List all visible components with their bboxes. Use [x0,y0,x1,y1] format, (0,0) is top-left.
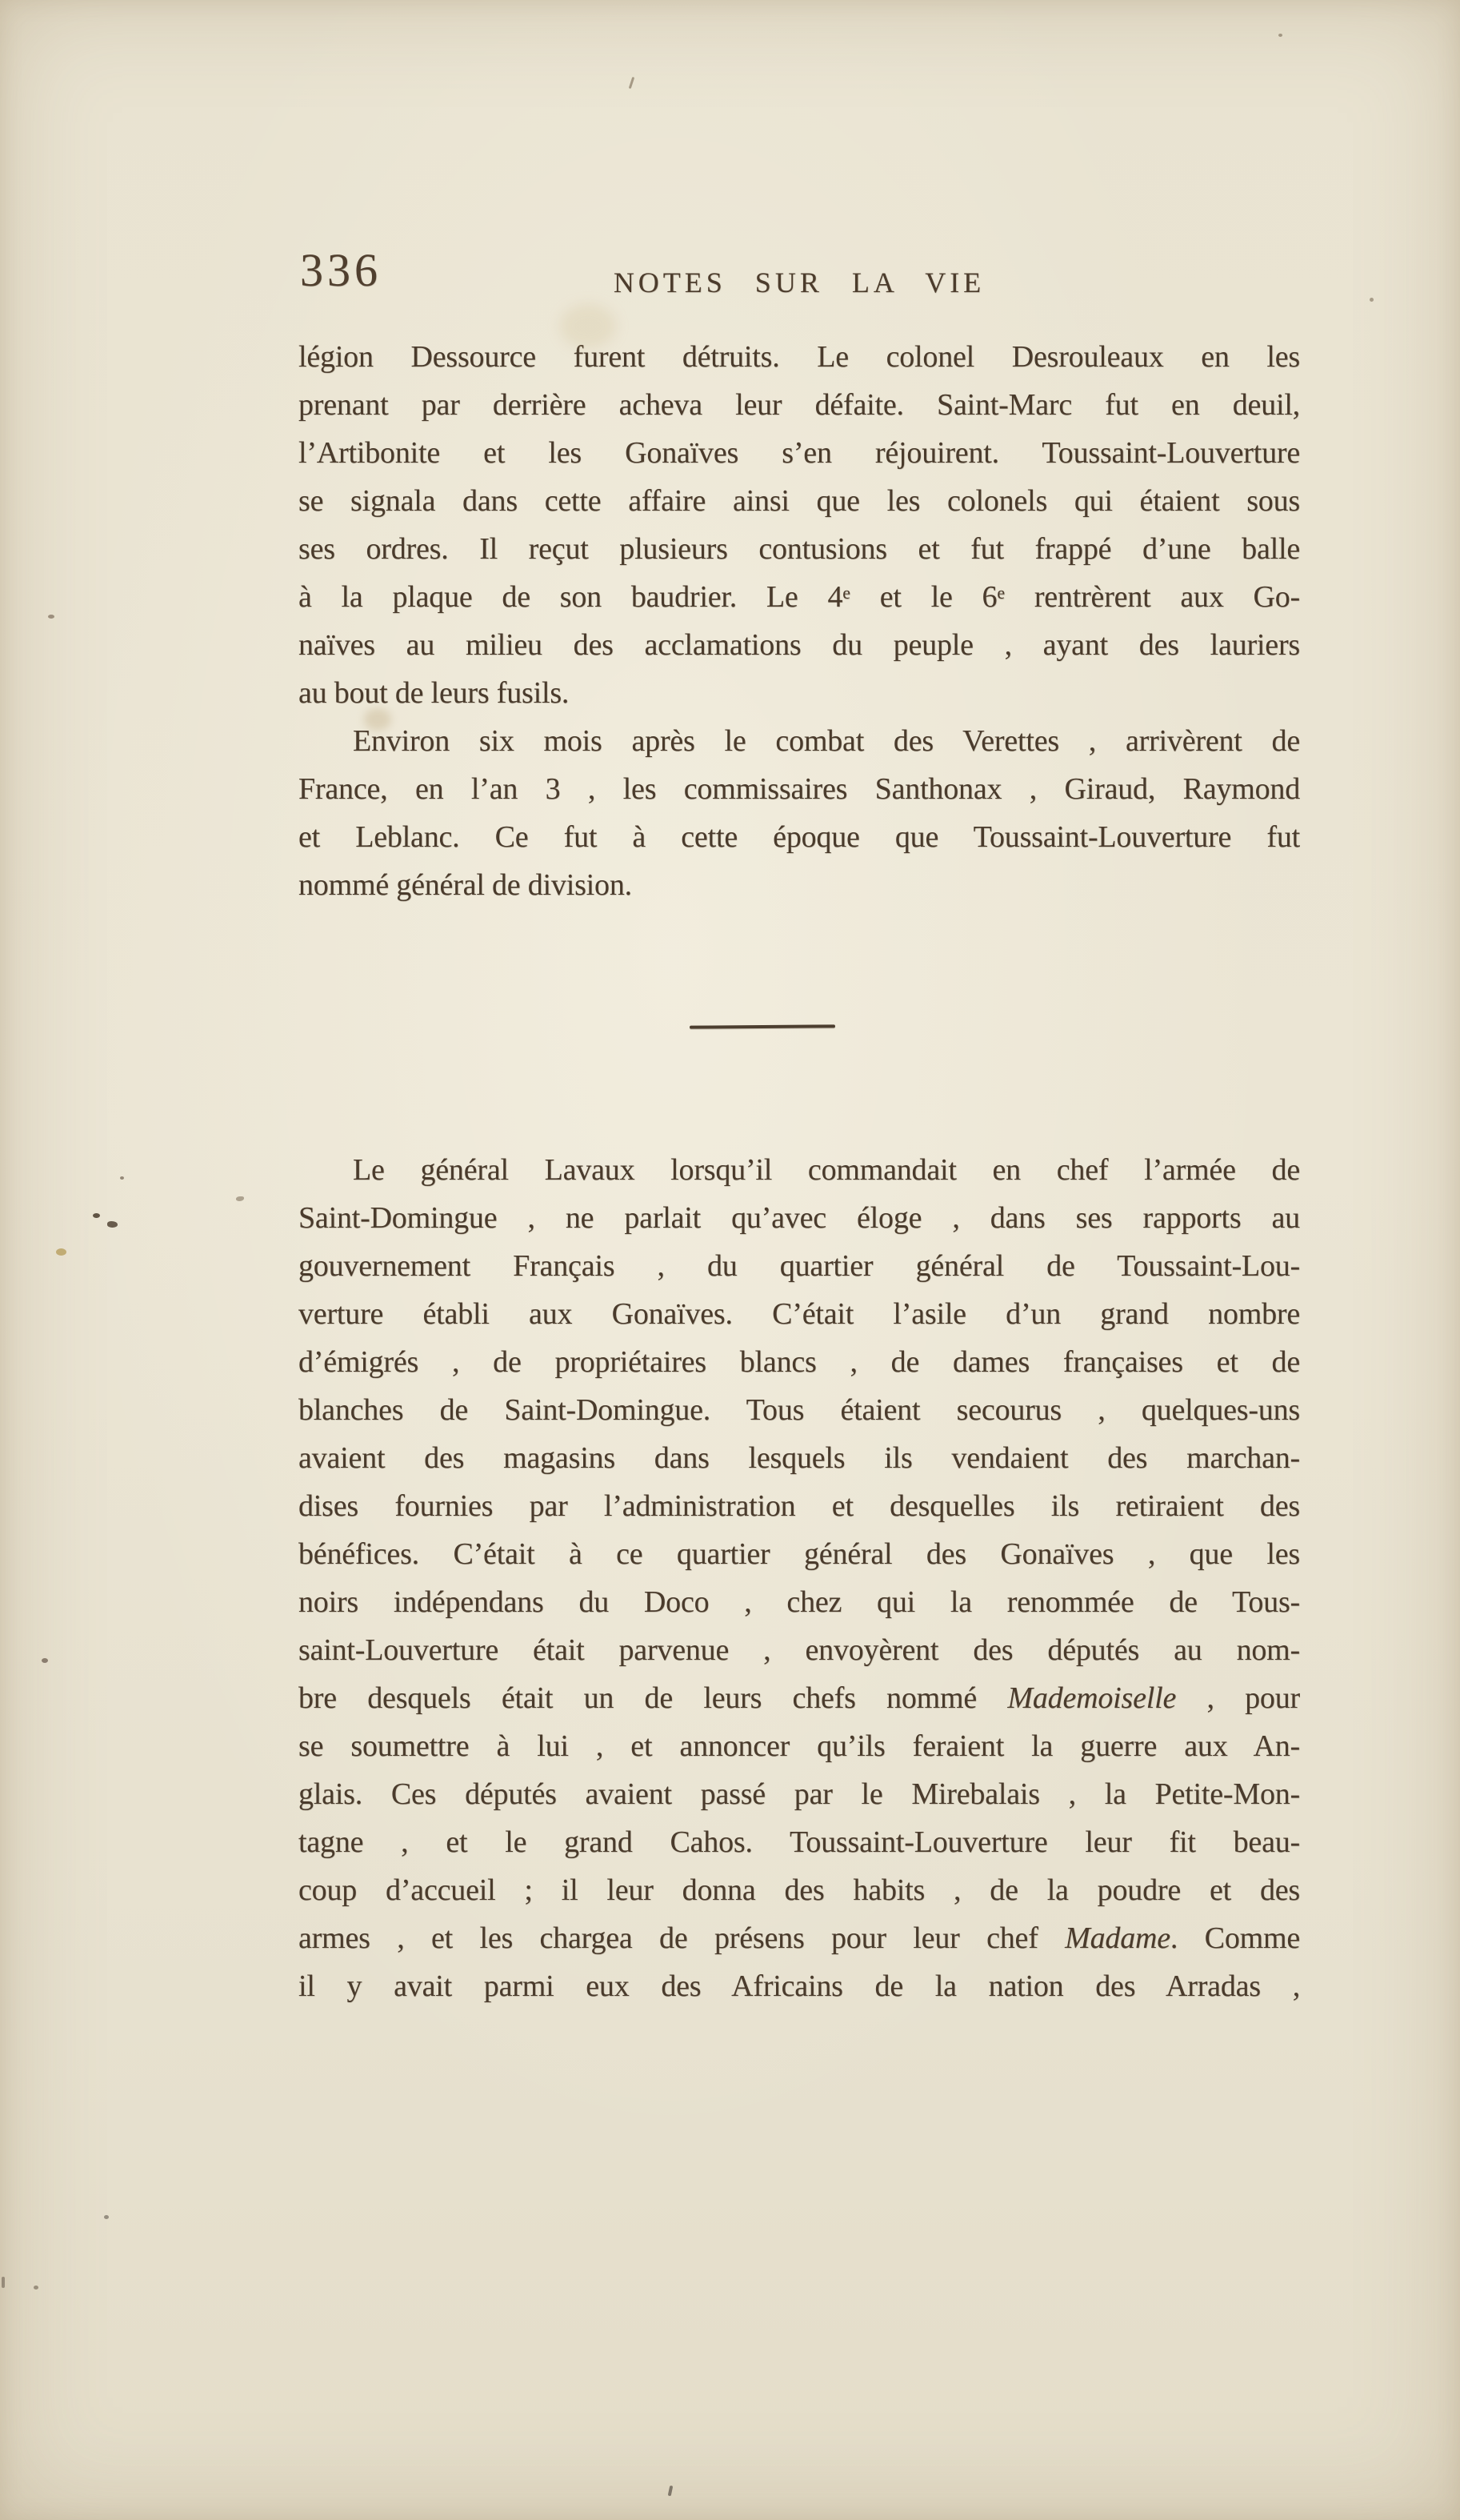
text-segment: au bout de leurs fusils. [298,676,569,710]
text-line: bénéfices. C’était à ce quartier général… [298,1536,1300,1585]
text-segment: saint-Louverture était parvenue , envoyè… [298,1633,1300,1667]
paper-speck [48,615,54,619]
text-segment: coup d’accueil ; il leur donna des habit… [298,1873,1300,1907]
paper-speck [1278,34,1282,37]
text-segment: verture établi aux Gonaïves. C’était l’a… [298,1297,1300,1331]
text-line: au bout de leurs fusils. [298,675,1300,723]
paper-speck [93,1213,100,1218]
text-segment: e [997,583,1005,603]
text-segment: et le 6 [850,580,997,614]
paper-speck [56,1248,66,1256]
section-divider-rule [690,1024,835,1028]
text-segment: se soumettre à lui , et annoncer qu’ils … [298,1729,1300,1763]
text-line: il y avait parmi eux des Africains de la… [298,1969,1300,2017]
text-segment: blanches de Saint-Domingue. Tous étaient… [298,1393,1300,1427]
text-line: gouvernement Français , du quartier géné… [298,1248,1300,1296]
paragraph-3: Le général Lavaux lorsqu’il commandait e… [298,1152,1300,2017]
text-segment: e [842,583,850,603]
text-segment: bre desquels était un de leurs chefs nom… [298,1681,1007,1715]
text-line: se soumettre à lui , et annoncer qu’ils … [298,1729,1300,1777]
text-segment: Environ six mois après le combat des Ver… [353,724,1300,758]
text-segment: Saint-Domingue , ne parlait qu’avec élog… [298,1201,1300,1235]
italic-text: Madame [1065,1921,1170,1955]
text-line: saint-Louverture était parvenue , envoyè… [298,1633,1300,1681]
paper-stain [364,708,391,731]
text-segment: se signala dans cette affaire ainsi que … [298,484,1300,518]
text-segment: ses ordres. Il reçut plusieurs contusion… [298,532,1300,566]
text-segment: à la plaque de son baudrier. Le 4 [298,580,842,614]
text-segment: bénéfices. C’était à ce quartier général… [298,1537,1300,1571]
text-line: ses ordres. Il reçut plusieurs contusion… [298,531,1300,579]
paper-speck [668,2486,674,2497]
text-line: blanches de Saint-Domingue. Tous étaient… [298,1392,1300,1440]
text-segment: dises fournies par l’administration et d… [298,1489,1300,1523]
text-segment: d’émigrés , de propriétaires blancs , de… [298,1345,1300,1379]
text-segment: naïves au milieu des acclamations du peu… [298,628,1300,662]
text-line: verture établi aux Gonaïves. C’était l’a… [298,1296,1300,1344]
paper-speck [34,2286,38,2290]
text-line: avaient des magasins dans lesquels ils v… [298,1440,1300,1488]
text-line: France, en l’an 3 , les commissaires San… [298,771,1300,819]
text-segment: . Comme [1170,1921,1300,1955]
text-segment: tagne , et le grand Cahos. Toussaint-Lou… [298,1825,1300,1859]
text-line: naïves au milieu des acclamations du peu… [298,627,1300,675]
text-line: légion Dessource furent détruits. Le col… [298,339,1300,387]
paragraph-1: légion Dessource furent détruits. Le col… [298,339,1300,723]
text-line: coup d’accueil ; il leur donna des habit… [298,1873,1300,1921]
text-line: Environ six mois après le combat des Ver… [298,723,1300,771]
text-segment: armes , et les chargea de présens pour l… [298,1921,1065,1955]
text-line: se signala dans cette affaire ainsi que … [298,483,1300,531]
paper-stain [560,304,616,348]
paper-speck [104,2215,109,2219]
text-line: prenant par derrière acheva leur défaite… [298,387,1300,435]
text-line: tagne , et le grand Cahos. Toussaint-Lou… [298,1825,1300,1873]
text-segment: nommé général de division. [298,868,632,902]
text-segment: l’Artibonite et les Gonaïves s’en réjoui… [298,436,1300,470]
text-segment: glais. Ces députés avaient passé par le … [298,1777,1300,1811]
paper-speck [120,1176,124,1180]
paper-speck [1370,298,1374,302]
text-line: à la plaque de son baudrier. Le 4e et le… [298,579,1300,627]
text-segment: Le général Lavaux lorsqu’il commandait e… [353,1153,1300,1187]
text-segment: légion Dessource furent détruits. Le col… [298,340,1300,374]
text-line: d’émigrés , de propriétaires blancs , de… [298,1344,1300,1392]
text-segment: noirs indépendans du Doco , chez qui la … [298,1585,1300,1619]
text-segment: France, en l’an 3 , les commissaires San… [298,772,1300,806]
text-segment: prenant par derrière acheva leur défaite… [298,388,1300,422]
text-segment: gouvernement Français , du quartier géné… [298,1249,1300,1283]
paragraph-2: Environ six mois après le combat des Ver… [298,723,1300,915]
text-line: nommé général de division. [298,867,1300,915]
text-line: glais. Ces députés avaient passé par le … [298,1777,1300,1825]
text-line: et Leblanc. Ce fut à cette époque que To… [298,819,1300,867]
text-segment: et Leblanc. Ce fut à cette époque que To… [298,820,1300,854]
text-segment: avaient des magasins dans lesquels ils v… [298,1441,1300,1475]
paper-speck [2,2277,5,2288]
text-line: noirs indépendans du Doco , chez qui la … [298,1585,1300,1633]
book-page-scan: 336 NOTES SUR LA VIE légion Dessource fu… [0,0,1460,2520]
italic-text: Mademoiselle [1007,1681,1176,1715]
text-segment: , pour [1176,1681,1300,1715]
paper-speck [107,1221,118,1228]
text-segment: rentrèrent aux Go- [1005,580,1300,614]
paper-speck [42,1658,48,1663]
paper-speck [236,1196,244,1201]
text-line: Le général Lavaux lorsqu’il commandait e… [298,1152,1300,1200]
text-line: bre desquels était un de leurs chefs nom… [298,1681,1300,1729]
text-line: armes , et les chargea de présens pour l… [298,1921,1300,1969]
text-line: l’Artibonite et les Gonaïves s’en réjoui… [298,435,1300,483]
text-segment: il y avait parmi eux des Africains de la… [298,1969,1300,2003]
text-line: dises fournies par l’administration et d… [298,1488,1300,1536]
running-header: NOTES SUR LA VIE [298,266,1300,299]
paper-speck [629,77,634,89]
text-line: Saint-Domingue , ne parlait qu’avec élog… [298,1200,1300,1248]
